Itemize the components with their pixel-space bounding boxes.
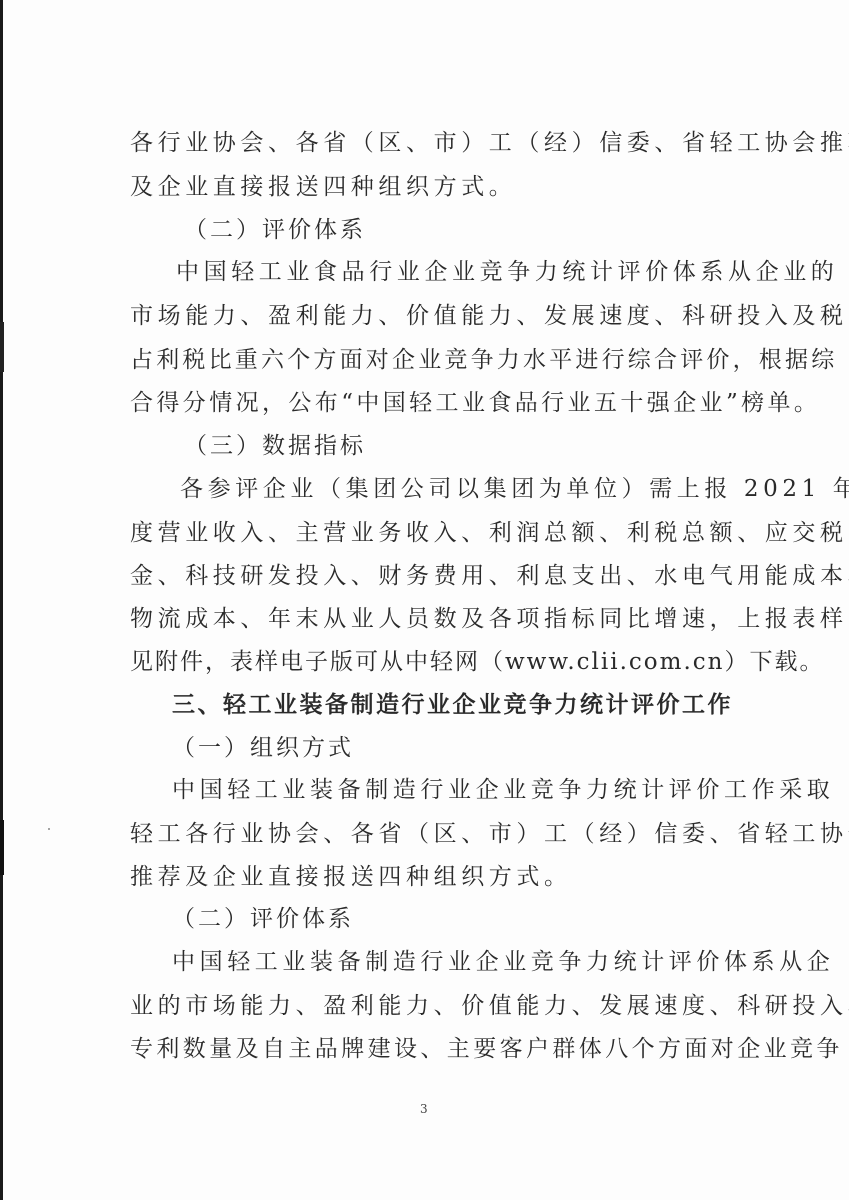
section-subheading: （一）组织方式: [172, 733, 718, 763]
paragraph-line: 中国轻工业装备制造行业企业竞争力统计评价体系从企: [172, 947, 722, 977]
section-heading: 三、轻工业装备制造行业企业竞争力统计评价工作: [172, 690, 718, 720]
paragraph-line: 市场能力、盈利能力、价值能力、发展速度、科研投入及税收: [130, 301, 722, 331]
scan-edge: [0, 0, 3, 1200]
section-subheading: （二）评价体系: [184, 215, 730, 245]
paragraph-line: 推荐及企业直接报送四种组织方式。: [130, 862, 722, 892]
section-subheading: （二）评价体系: [172, 904, 718, 934]
paragraph-line: 专利数量及自主品牌建设、主要客户群体八个方面对企业竞争: [130, 1034, 722, 1064]
paragraph-line: 金、科技研发投入、财务费用、利息支出、水电气用能成本、: [130, 561, 722, 591]
paragraph-line: 业的市场能力、盈利能力、价值能力、发展速度、科研投入、: [130, 991, 722, 1021]
paragraph-line: 轻工各行业协会、各省（区、市）工（经）信委、省轻工协会: [130, 819, 722, 849]
paragraph-line: 各行业协会、各省（区、市）工（经）信委、省轻工协会推荐: [130, 128, 722, 158]
paragraph-line: 各参评企业（集团公司以集团为单位）需上报 2021 年: [180, 474, 722, 504]
page-number: 3: [420, 1102, 428, 1116]
paragraph-line: 合得分情况，公布“中国轻工业食品行业五十强企业”榜单。: [130, 388, 722, 418]
scan-edge-mark: [0, 820, 4, 875]
paragraph-line: 及企业直接报送四种组织方式。: [130, 172, 722, 202]
paragraph-line: 见附件，表样电子版可从中轻网（www.clii.com.cn）下载。: [130, 647, 722, 677]
paragraph-line: 物流成本、年末从业人员数及各项指标同比增速，上报表样: [130, 604, 722, 634]
paragraph-line: 中国轻工业装备制造行业企业竞争力统计评价工作采取: [172, 775, 722, 805]
scan-speck: [756, 614, 758, 616]
scan-speck: [48, 828, 50, 830]
paragraph-line: 占利税比重六个方面对企业竞争力水平进行综合评价，根据综: [130, 345, 722, 375]
section-subheading: （三）数据指标: [184, 431, 730, 461]
paragraph-line: 度营业收入、主营业务收入、利润总额、利税总额、应交税: [130, 518, 722, 548]
scan-edge-mark: [0, 322, 4, 372]
paragraph-line: 中国轻工业食品行业企业竞争力统计评价体系从企业的: [176, 257, 722, 287]
